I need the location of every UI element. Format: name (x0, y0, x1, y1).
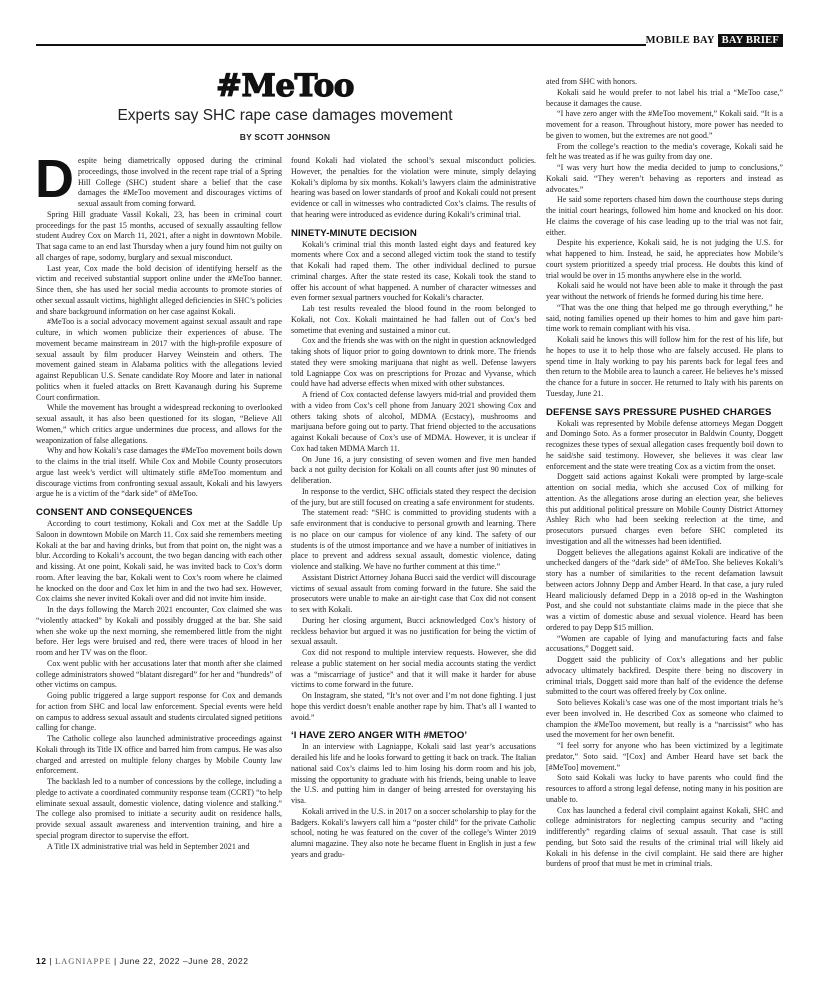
paragraph: On Instagram, she stated, “It’s not over… (291, 691, 536, 723)
paragraph: Cox went public with her accusations lat… (36, 659, 282, 691)
paragraph: He said some reporters chased him down t… (546, 195, 783, 238)
newspaper-page: MOBILE BAY BAY BRIEF #MeToo Experts say … (0, 0, 819, 1008)
paragraph: In the days following the March 2021 enc… (36, 605, 282, 659)
deck-subheadline: Experts say SHC rape case damages moveme… (36, 107, 534, 125)
paragraph: From the college’s reaction to the media… (546, 142, 783, 164)
paragraph: In response to the verdict, SHC official… (291, 487, 536, 509)
paragraph: Despite his experience, Kokali said, he … (546, 238, 783, 281)
paragraph: “Women are capable of lying and manufact… (546, 634, 783, 656)
article-column-2: found Kokali had violated the school’s s… (291, 156, 536, 861)
paragraph: Doggett believes the allegations against… (546, 548, 783, 634)
publication-name: LAGNIAPPE (55, 956, 111, 966)
paragraph: Cox did not respond to multiple intervie… (291, 648, 536, 691)
paragraph: “That was the one thing that helped me g… (546, 303, 783, 335)
paragraph: A friend of Cox contacted defense lawyer… (291, 390, 536, 455)
paragraph: The backlash led to a number of concessi… (36, 777, 282, 842)
paragraph: Kokali arrived in the U.S. in 2017 on a … (291, 807, 536, 861)
subhead-ninety-minute-decision: NINETY-MINUTE DECISION (291, 228, 536, 240)
paragraph: Soto said Kokali was lucky to have paren… (546, 773, 783, 805)
paragraph: Soto believes Kokali’s case was one of t… (546, 698, 783, 741)
paragraph: Kokali’s criminal trial this month laste… (291, 240, 536, 305)
paragraph: Doggett said actions against Kokali were… (546, 472, 783, 547)
paragraph: While the movement has brought a widespr… (36, 403, 282, 446)
paragraph: Last year, Cox made the bold decision of… (36, 264, 282, 318)
subhead-zero-anger: ‘I HAVE ZERO ANGER WITH #METOO’ (291, 730, 536, 742)
byline: BY SCOTT JOHNSON (36, 132, 534, 142)
page-footer: 12 | LAGNIAPPE | June 22, 2022 –June 28,… (36, 956, 249, 966)
paragraph: The Catholic college also launched admin… (36, 734, 282, 777)
page-number: 12 (36, 956, 46, 966)
paragraph: Lab test results revealed the blood foun… (291, 304, 536, 336)
paragraph: Kokali said he knows this will follow hi… (546, 335, 783, 400)
subhead-consent-and-consequences: CONSENT AND CONSEQUENCES (36, 507, 282, 519)
paragraph: The statement read: “SHC is committed to… (291, 508, 536, 573)
paragraph: Kokali said he would prefer to not label… (546, 88, 783, 110)
paragraph: ated from SHC with honors. (546, 77, 783, 88)
paragraph: “I feel sorry for anyone who has been vi… (546, 741, 783, 773)
paragraph: Cox and the friends she was with on the … (291, 336, 536, 390)
paragraph: Doggett said the publicity of Cox’s alle… (546, 655, 783, 698)
paragraph: Cox has launched a federal civil complai… (546, 806, 783, 871)
paragraph: Going public triggered a large support r… (36, 691, 282, 734)
article-column-1: Despite being diametrically opposed duri… (36, 156, 282, 852)
drop-cap: D (35, 158, 74, 200)
paragraph: “I was very hurt how the media decided t… (546, 163, 783, 195)
paragraph: Kokali was represented by Mobile defense… (546, 419, 783, 473)
paragraph: found Kokali had violated the school’s s… (291, 156, 536, 221)
section-tag: MOBILE BAY BAY BRIEF (646, 34, 783, 47)
lede-text: espite being diametrically opposed durin… (78, 156, 282, 208)
paragraph: Kokali said he would not have been able … (546, 281, 783, 303)
paragraph: In an interview with Lagniappe, Kokali s… (291, 742, 536, 807)
paragraph: Spring Hill graduate Vassil Kokali, 23, … (36, 210, 282, 264)
section-tag-mobile-bay: MOBILE BAY (646, 34, 718, 47)
paragraph: On June 16, a jury consisting of seven w… (291, 455, 536, 487)
footer-separator: | (49, 956, 52, 966)
article-column-3: ated from SHC with honors. Kokali said h… (546, 77, 783, 870)
paragraph: During her closing argument, Bucci ackno… (291, 616, 536, 648)
paragraph: A Title IX administrative trial was held… (36, 842, 282, 853)
paragraph: According to court testimony, Kokali and… (36, 519, 282, 605)
issue-date-range: June 22, 2022 –June 28, 2022 (120, 956, 249, 966)
paragraph: Why and how Kokali’s case damages the #M… (36, 446, 282, 500)
lede-paragraph: Despite being diametrically opposed duri… (36, 156, 282, 210)
subhead-defense-says-pressure: DEFENSE SAYS PRESSURE PUSHED CHARGES (546, 407, 783, 419)
headline: #MeToo (36, 68, 534, 104)
paragraph: “I have zero anger with the #MeToo movem… (546, 109, 783, 141)
paragraph: #MeToo is a social advocacy movement aga… (36, 317, 282, 403)
paragraph: Assistant District Attorney Johana Bucci… (291, 573, 536, 616)
section-tag-bay-brief: BAY BRIEF (718, 34, 783, 47)
footer-separator: | (114, 956, 117, 966)
